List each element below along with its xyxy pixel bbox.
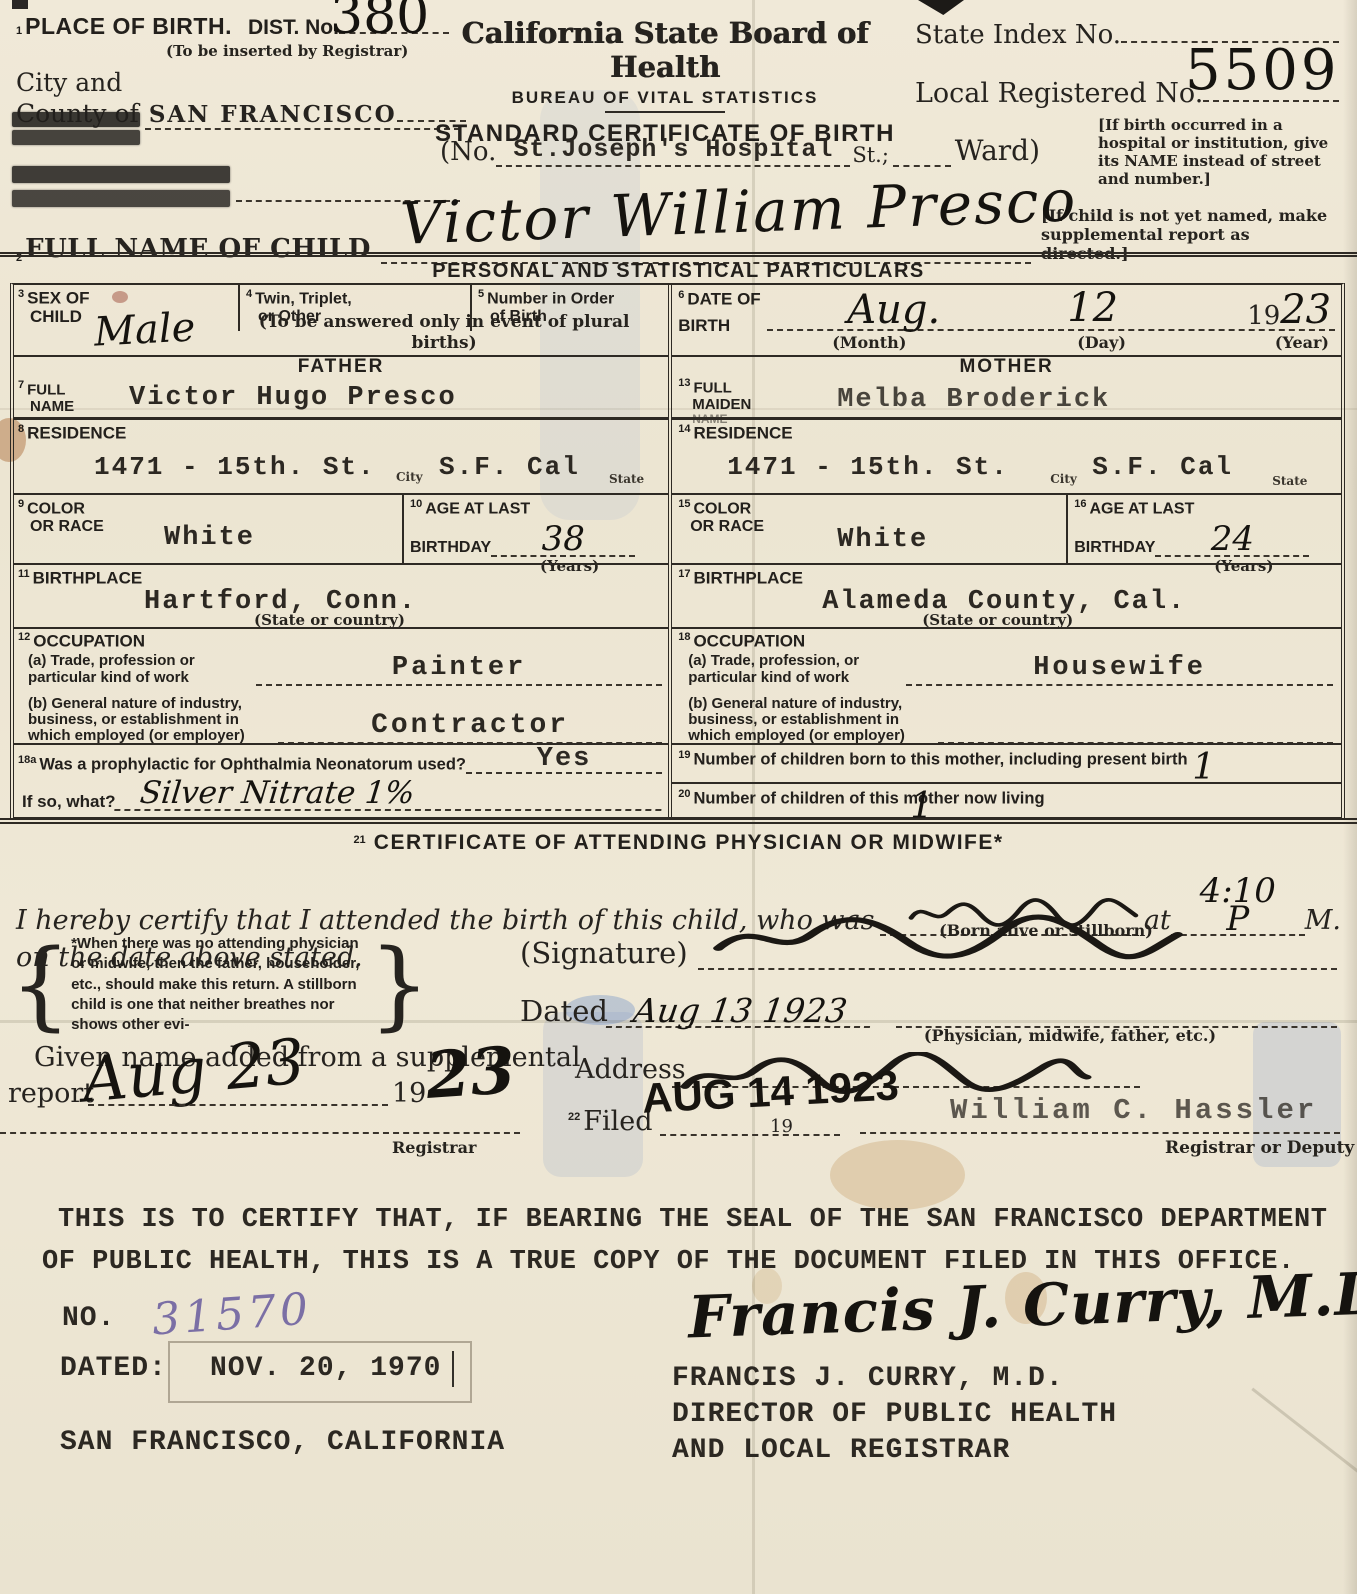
- birthday-label: BIRTHDAY: [410, 539, 491, 556]
- supplemental-year-value: 23: [423, 1033, 517, 1114]
- field-number: 16: [1074, 498, 1086, 510]
- father-occupation-b-value: Contractor: [278, 711, 662, 744]
- m-label: M.: [1305, 905, 1341, 936]
- field-number: 22: [568, 1111, 580, 1123]
- dob-label1: DATE OF: [687, 289, 760, 308]
- dob-year-prefix: 19: [1247, 301, 1280, 331]
- mother-name-value: Melba Broderick: [837, 385, 1110, 415]
- redaction-bar: [12, 112, 140, 127]
- redaction-bar: [12, 166, 230, 183]
- mother-birthplace-row: 17BIRTHPLACE Alameda County, Cal. (State…: [672, 563, 1341, 627]
- birth-certificate-scan: 1 PLACE OF BIRTH. DIST. No. (To be inser…: [0, 0, 1357, 1594]
- field-number: 21: [353, 834, 365, 846]
- month-sublabel: (Month): [832, 333, 906, 352]
- occupation-a-label2: particular kind of work: [28, 669, 189, 686]
- field-number: 7: [18, 379, 24, 391]
- sex-value: Male: [93, 304, 197, 355]
- mother-occupation-row: 18OCCUPATION (a) Trade, profession, orpa…: [672, 627, 1341, 743]
- father-color-value: White: [164, 523, 255, 553]
- supplemental-date-value: Aug 23: [79, 1024, 308, 1116]
- mother-section-header: MOTHER: [672, 355, 1341, 377]
- father-color-age-row: 9COLOR OR RACE White 10AGE AT LAST BIRTH…: [14, 493, 668, 563]
- day-sublabel: (Day): [1077, 333, 1126, 352]
- occupation-b-label: (b) General nature of industry,business,…: [688, 696, 938, 745]
- registrar-or-deputy-sublabel: Registrar or Deputy: [1165, 1138, 1354, 1158]
- residence-street-value: 1471 - 15th. St.: [94, 452, 376, 482]
- occupation-a-line: (a) Trade, profession, orparticular kind…: [672, 653, 1341, 686]
- supplemental-date-line: [88, 1104, 388, 1106]
- age-label: AGE AT LAST: [425, 500, 530, 517]
- plural-births-note: (To be answered only in event of plural …: [224, 312, 664, 353]
- field-number: 18: [678, 631, 690, 643]
- children-counts-rows: 19Number of children born to this mother…: [672, 743, 1341, 817]
- signature-dash: [698, 948, 1337, 970]
- supplemental-section: Given name added from a supplemental rep…: [0, 1028, 1357, 1178]
- certification-dated-label: DATED:: [60, 1353, 167, 1384]
- occupation-b-label1: (b) General nature of industry,: [28, 695, 242, 712]
- mother-column: 6DATE OF BIRTH Aug. 12 19 23 (Month) (Da…: [672, 285, 1341, 817]
- certification-city: SAN FRANCISCO, CALIFORNIA: [60, 1427, 505, 1458]
- state-sublabel: State: [1272, 474, 1307, 488]
- redacted-field-line: [145, 128, 460, 130]
- field-number: 18a: [18, 754, 36, 766]
- residence-label: RESIDENCE: [693, 423, 792, 442]
- dob-year-value: 23: [1280, 287, 1331, 333]
- occupation-a-label1: (a) Trade, profession or: [28, 652, 195, 669]
- district-number-label: DIST. No.: [248, 17, 339, 40]
- no-label: (No.: [440, 137, 496, 167]
- field-number: 4: [246, 288, 252, 300]
- local-registered-label: Local Registered No.: [915, 78, 1203, 109]
- if-so-what-label: If so, what?: [22, 793, 116, 811]
- occupation-b-label2: business, or establishment in: [28, 711, 239, 728]
- occupation-b-label3: which employed (or employer): [28, 727, 245, 744]
- full-label: FULL: [693, 379, 731, 396]
- prophylactic-question: Was a prophylactic for Ophthalmia Neonat…: [39, 755, 466, 773]
- certification-text-1: THIS IS TO CERTIFY THAT, IF BEARING THE …: [58, 1205, 1327, 1235]
- redaction-bar: [12, 190, 230, 207]
- residence-city-state-value: S.F. Cal: [439, 452, 580, 482]
- certification-no-label: NO.: [62, 1303, 115, 1334]
- city-sublabel: City: [1050, 472, 1077, 486]
- certification-dated-value: NOV. 20, 1970: [210, 1353, 441, 1384]
- illegible-signature: [708, 914, 1188, 962]
- dated-line: Dated Aug 13 1923: [520, 994, 1337, 1028]
- mother-occupation-a-value: Housewife: [906, 653, 1333, 686]
- board-of-health-title: California State Board of Health: [430, 16, 900, 84]
- residence-street-value: 1471 - 15th. St.: [727, 452, 1009, 482]
- hospital-name-value: St.Joseph's Hospital: [496, 135, 850, 167]
- ward-line-dash: [893, 149, 951, 167]
- children-living-row: 20Number of children of this mother now …: [672, 782, 1341, 821]
- occupation-b-line: (b) General nature of industry,business,…: [14, 686, 668, 745]
- field-number: 5: [478, 288, 484, 300]
- right-brace: }: [369, 942, 430, 1028]
- mother-color-age-row: 15COLOR OR RACE White 16AGE AT LAST BIRT…: [672, 493, 1341, 563]
- left-brace: {: [10, 942, 71, 1028]
- field-number: 17: [678, 568, 690, 580]
- occupation-label: OCCUPATION: [33, 631, 145, 650]
- field-number: 3: [18, 288, 24, 300]
- mother-age-value: 24: [1155, 524, 1309, 557]
- registrar-sublabel: Registrar: [392, 1138, 476, 1157]
- signer-dash: [896, 1006, 1337, 1028]
- filed-line: 22Filed: [568, 1106, 653, 1137]
- date-of-birth-row: 6DATE OF BIRTH Aug. 12 19 23 (Month) (Da…: [672, 285, 1341, 355]
- occupation-b-label2: business, or establishment in: [688, 711, 899, 728]
- supplemental-text-2: report: [8, 1078, 94, 1109]
- twin-label: Twin, Triplet,: [255, 290, 352, 307]
- signature-line: (Signature): [520, 936, 1337, 970]
- district-number-value: 380: [330, 0, 429, 46]
- particulars-title: PERSONAL AND STATISTICAL PARTICULARS: [0, 257, 1357, 286]
- occupation-a-line: (a) Trade, profession orparticular kind …: [14, 653, 668, 686]
- physician-title-line: 21 CERTIFICATE OF ATTENDING PHYSICIAN OR…: [0, 824, 1357, 855]
- field-mother-color: 15COLOR OR RACE White: [672, 495, 1066, 563]
- particulars-grid: 3SEX OF CHILD 4Twin, Triplet, or Other 5…: [10, 283, 1345, 820]
- father-name-value: Victor Hugo Presco: [129, 383, 457, 413]
- prophylactic-row: 18aWas a prophylactic for Ophthalmia Neo…: [14, 743, 668, 817]
- father-residence-row: 8RESIDENCE 1471 - 15th. St. City S.F. Ca…: [14, 417, 668, 493]
- father-full-name-row: 7FULL NAME Victor Hugo Presco: [14, 377, 668, 417]
- redaction-bar: [12, 130, 140, 145]
- certification-section: THIS IS TO CERTIFY THAT, IF BEARING THE …: [0, 1195, 1357, 1594]
- particulars-bar: PERSONAL AND STATISTICAL PARTICULARS: [0, 252, 1357, 286]
- order-label: Number in Order: [487, 290, 614, 307]
- mother-header-label: MOTHER: [959, 356, 1053, 377]
- birthplace-label: BIRTHPLACE: [693, 568, 803, 587]
- filed-year-prefix: 19: [770, 1116, 793, 1137]
- dob-label: 6DATE OF BIRTH: [678, 289, 760, 335]
- state-index-label: State Index No.: [915, 20, 1121, 50]
- director-title-2: AND LOCAL REGISTRAR: [672, 1435, 1010, 1466]
- occupation-a-label2: particular kind of work: [688, 669, 849, 686]
- field-number: 15: [678, 498, 690, 510]
- age-label: AGE AT LAST: [1089, 500, 1194, 517]
- local-registered-value: 5509: [1185, 38, 1340, 103]
- prophylactic-answer: Yes: [466, 747, 662, 774]
- footnote-text: *When there was no attending physician o…: [71, 934, 369, 1035]
- physician-certificate-title: CERTIFICATE OF ATTENDING PHYSICIAN OR MI…: [374, 831, 1004, 854]
- name-label: NAME: [30, 399, 74, 415]
- field-number: 10: [410, 498, 422, 510]
- footnote-block: { *When there was no attending physician…: [10, 934, 430, 1035]
- residence-label: RESIDENCE: [27, 423, 126, 442]
- signature-label: (Signature): [520, 936, 688, 970]
- residence-city-state-value: S.F. Cal: [1092, 452, 1233, 482]
- occupation-b-line: (b) General nature of industry,business,…: [672, 686, 1341, 745]
- father-age-value: 38: [491, 524, 635, 557]
- sex-twin-order-row: 3SEX OF CHILD 4Twin, Triplet, or Other 5…: [14, 285, 668, 355]
- masthead-rule: [605, 111, 725, 113]
- field-number: 6: [678, 289, 684, 301]
- mother-residence-row: 14RESIDENCE 1471 - 15th. St. City S.F. C…: [672, 417, 1341, 493]
- field-number: 14: [678, 423, 690, 435]
- occupation-a-label: (a) Trade, profession, orparticular kind…: [688, 653, 906, 685]
- supplemental-year-prefix: 19: [392, 1078, 426, 1109]
- prophylactic-what-value: Silver Nitrate 1%: [114, 778, 664, 811]
- birthday-label: BIRTHDAY: [1074, 539, 1155, 556]
- mother-color-value: White: [837, 525, 928, 555]
- dob-label2: BIRTH: [678, 317, 760, 335]
- occupation-a-label: (a) Trade, profession orparticular kind …: [28, 653, 256, 685]
- field-father-color: 9COLOR OR RACE White: [14, 495, 402, 563]
- field-number: 12: [18, 631, 30, 643]
- director-title-1: DIRECTOR OF PUBLIC HEALTH: [672, 1399, 1117, 1430]
- supplemental-bottom-line: [0, 1132, 520, 1134]
- birthplace-label: BIRTHPLACE: [33, 568, 143, 587]
- children-born-label: Number of children born to this mother, …: [693, 750, 1187, 768]
- father-column: 3SEX OF CHILD 4Twin, Triplet, or Other 5…: [14, 285, 672, 817]
- prophylactic-what-line: If so, what? Silver Nitrate 1%: [14, 774, 668, 811]
- father-occupation-a-value: Painter: [256, 653, 662, 686]
- field-number: 11: [18, 568, 30, 580]
- registrar-name-line: [860, 1132, 1340, 1134]
- occupation-b-label1: (b) General nature of industry,: [688, 695, 902, 712]
- city-sublabel: City: [396, 470, 423, 484]
- city-and-label: City and: [16, 68, 466, 97]
- color-label: COLOR: [693, 500, 751, 517]
- dob-month-value: Aug.: [847, 287, 940, 333]
- scan-artifact-corner: [918, 0, 964, 15]
- children-living-label: Number of children of this mother now li…: [693, 789, 1044, 807]
- sex-label: SEX OF: [27, 288, 89, 307]
- street-label: St.;: [852, 143, 889, 167]
- county-value: SAN FRANCISCO: [149, 101, 397, 128]
- mother-maiden-name-row: 13FULL MAIDEN NAME Melba Broderick: [672, 377, 1341, 417]
- father-occupation-row: 12OCCUPATION (a) Trade, profession orpar…: [14, 627, 668, 743]
- field-mother-age: 16AGE AT LAST BIRTHDAY 24 (Years): [1066, 495, 1341, 563]
- ward-label: Ward): [955, 134, 1040, 167]
- director-typed-name: FRANCIS J. CURRY, M.D.: [672, 1363, 1064, 1394]
- field-number: 8: [18, 423, 24, 435]
- place-of-birth-label: PLACE OF BIRTH.: [25, 14, 232, 39]
- certification-no-value: 31570: [150, 1283, 313, 1345]
- field-number: 19: [678, 749, 690, 761]
- dated-value: Aug 13 1923: [606, 997, 874, 1028]
- children-born-row: 19Number of children born to this mother…: [672, 745, 1341, 782]
- occupation-b-label3: which employed (or employer): [688, 727, 905, 744]
- occupation-a-label1: (a) Trade, profession, or: [688, 652, 859, 669]
- state-sublabel: State: [609, 472, 644, 486]
- field-number: 9: [18, 498, 24, 510]
- filed-date-line: [660, 1134, 840, 1136]
- occupation-label: OCCUPATION: [693, 631, 805, 650]
- father-header-label: FATHER: [298, 356, 385, 377]
- field-father-age: 10AGE AT LAST BIRTHDAY 38 (Years): [402, 495, 668, 563]
- father-birthplace-row: 11BIRTHPLACE Hartford, Conn. (State or c…: [14, 563, 668, 627]
- father-name-label: 7FULL NAME: [18, 379, 74, 415]
- dob-day-value: 12: [1067, 285, 1118, 331]
- hospital-name-note: [If birth occurred in a hospital or inst…: [1098, 116, 1346, 188]
- color-label: COLOR: [27, 500, 85, 517]
- masthead: California State Board of Health BUREAU …: [430, 16, 900, 147]
- stamp-box-tick: [452, 1351, 454, 1387]
- physician-certificate-section: 21 CERTIFICATE OF ATTENDING PHYSICIAN OR…: [0, 818, 1357, 973]
- prophylactic-question-line: 18aWas a prophylactic for Ophthalmia Neo…: [14, 745, 668, 774]
- hospital-line: (No. St.Joseph's Hospital St.; Ward): [440, 134, 1040, 167]
- maiden-label: MAIDEN: [692, 397, 751, 413]
- field-number: 13: [678, 377, 690, 389]
- occupation-b-label: (b) General nature of industry,business,…: [28, 696, 278, 745]
- field-number: 1: [16, 25, 22, 37]
- field-number: 20: [678, 788, 690, 800]
- year-sublabel: (Year): [1275, 333, 1329, 352]
- father-section-header: FATHER: [14, 355, 668, 377]
- dated-label: Dated: [520, 994, 608, 1028]
- full-label: FULL: [27, 381, 65, 398]
- scan-artifact-edge: [12, 0, 28, 9]
- registrar-name-value: William C. Hassler: [950, 1094, 1317, 1127]
- bureau-subtitle: BUREAU OF VITAL STATISTICS: [430, 89, 900, 107]
